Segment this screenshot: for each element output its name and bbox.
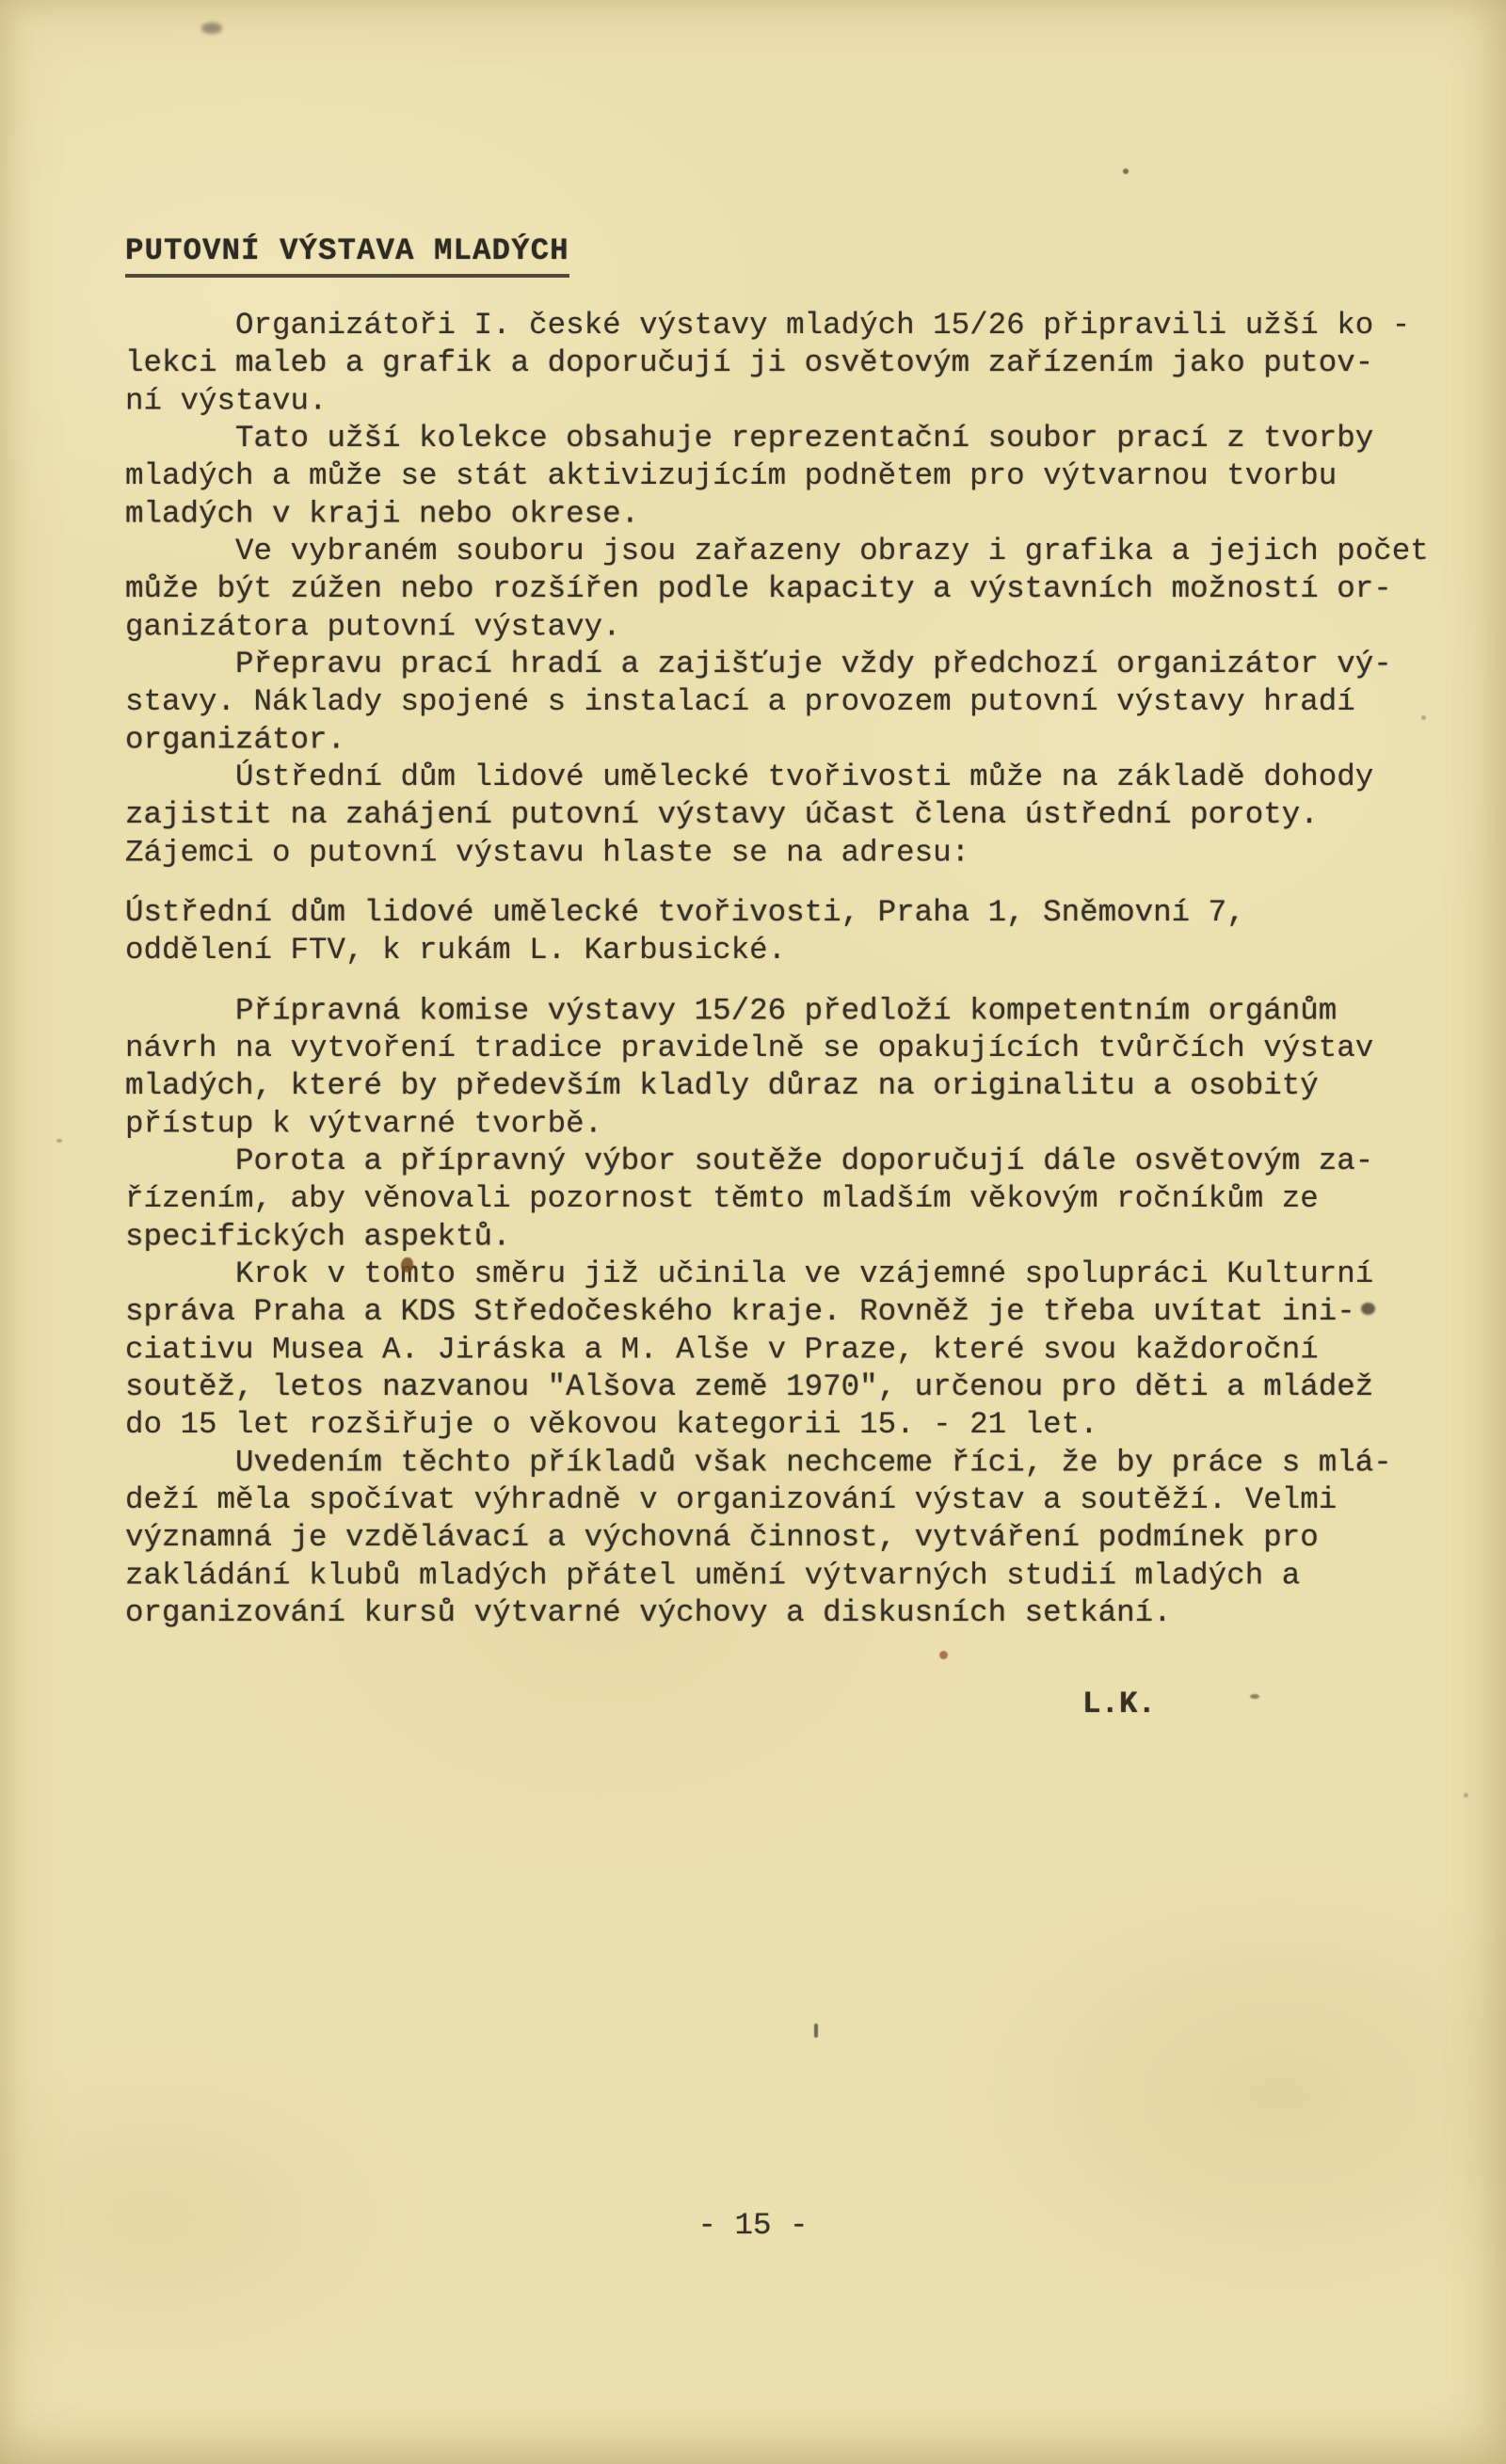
text-line: významná je vzdělávací a výchovná činnos… [125, 1519, 1462, 1557]
text-line: oddělení FTV, k rukám L. Karbusické. [125, 932, 1462, 969]
text-line: stavy. Náklady spojené s instalací a pro… [125, 683, 1462, 721]
text-line: zajistit na zahájení putovní výstavy úča… [125, 796, 1462, 834]
text-line: deží měla spočívat výhradně v organizová… [125, 1481, 1462, 1519]
text-line: správa Praha a KDS Středočeského kraje. … [125, 1293, 1462, 1331]
text-line: ní výstavu. [125, 383, 1462, 421]
scan-speck [56, 1139, 62, 1143]
scanned-document-page: PUTOVNÍ VÝSTAVA MLADÝCH Organizátoři I. … [0, 0, 1506, 2464]
text-line: mladých v kraji nebo okrese. [125, 496, 1462, 534]
text-line: přístup k výtvarné tvorbě. [125, 1106, 1462, 1144]
text-line: Ústřední dům lidové umělecké tvořivosti … [125, 759, 1462, 796]
text-line: mladých, které by především kladly důraz… [125, 1067, 1462, 1105]
text-line: ganizátora putovní výstavy. [125, 609, 1462, 647]
text-line: do 15 let rozšiřuje o věkovou kategorii … [125, 1406, 1462, 1444]
text-line: organizátor. [125, 722, 1462, 760]
text-line: Zájemci o putovní výstavu hlaste se na a… [125, 835, 1462, 872]
ink-dot [1250, 1694, 1259, 1699]
text-line: organizování kursů výtvarné výchovy a di… [125, 1594, 1462, 1632]
text-line: Ve vybraném souboru jsou zařazeny obrazy… [125, 533, 1462, 570]
paper-stain [939, 1651, 948, 1659]
text-line: soutěž, letos nazvanou "Alšova země 1970… [125, 1368, 1462, 1406]
text-line: Krok v tomto směru již učinila ve vzájem… [125, 1256, 1462, 1293]
text-line: Přípravná komise výstavy 15/26 předloží … [125, 993, 1462, 1031]
text-line: Tato užší kolekce obsahuje reprezentační… [125, 420, 1462, 457]
text-line: Ústřední dům lidové umělecké tvořivosti,… [125, 894, 1462, 932]
text-line: Organizátoři I. české výstavy mladých 15… [125, 307, 1462, 344]
ink-dot [1123, 168, 1129, 174]
text-line: ciativu Musea A. Jiráska a M. Alše v Pra… [125, 1332, 1462, 1369]
text-line: řízením, aby věnovali pozornost těmto ml… [125, 1180, 1462, 1218]
document-body: Organizátoři I. české výstavy mladých 15… [125, 307, 1462, 1632]
scan-speck [1464, 1793, 1468, 1798]
signature-initials: L.K. [1082, 1687, 1156, 1721]
ink-tick [814, 2024, 818, 2038]
text-line: lekci maleb a grafik a doporučují ji osv… [125, 344, 1462, 382]
text-line: zakládání klubů mladých přátel umění výt… [125, 1558, 1462, 1595]
pencil-smudge [201, 23, 222, 34]
page-number: - 15 - [0, 2208, 1506, 2243]
text-line: může být zúžen nebo rozšířen podle kapac… [125, 570, 1462, 608]
text-line: mladých a může se stát aktivizujícím pod… [125, 457, 1462, 495]
text-line: specifických aspektů. [125, 1219, 1462, 1256]
document-title: PUTOVNÍ VÝSTAVA MLADÝCH [125, 233, 569, 278]
text-line: Přepravu prací hradí a zajišťuje vždy př… [125, 646, 1462, 683]
text-line: Porota a přípravný výbor soutěže doporuč… [125, 1143, 1462, 1180]
text-line: návrh na vytvoření tradice pravidelně se… [125, 1030, 1462, 1067]
text-line: Uvedením těchto příkladů však nechceme ř… [125, 1445, 1462, 1482]
